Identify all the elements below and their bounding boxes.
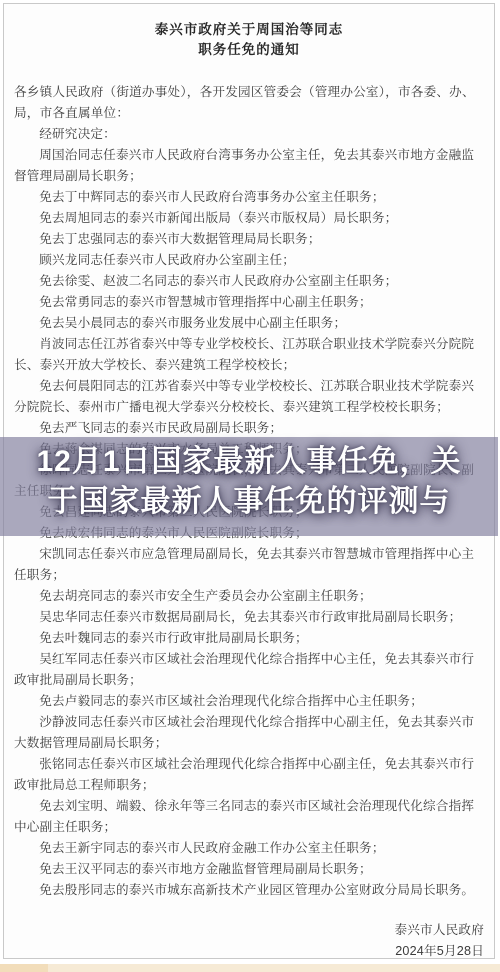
notice-line: 肖波同志任江苏省泰兴中等专业学校校长、江苏联合职业技术学院泰兴分院院长、泰兴开放… [14, 334, 484, 376]
notice-line: 免去丁中辉同志的泰兴市人民政府台湾事务办公室主任职务； [14, 187, 484, 208]
notice-lines-after-overlay: 宋凯同志任泰兴市应急管理局副局长，免去其泰兴市智慧城市管理指挥中心主任职务； 免… [14, 544, 484, 901]
bottom-bar [0, 964, 500, 972]
notice-line: 免去严飞同志的泰兴市民政局副局长职务； [14, 418, 484, 439]
overlay-title-line-2: 于国家最新人事任免的评测与 [48, 482, 451, 522]
notice-line: 免去常勇同志的泰兴市智慧城市管理指挥中心副主任职务； [14, 292, 484, 313]
notice-line: 免去叶魏同志的泰兴市行政审批局副局长职务； [14, 628, 484, 649]
notice-line: 免去卢毅同志的泰兴市区域社会治理现代化综合指挥中心主任职务； [14, 691, 484, 712]
notice-line: 宋凯同志任泰兴市应急管理局副局长，免去其泰兴市智慧城市管理指挥中心主任职务； [14, 544, 484, 586]
notice-line: 吴红军同志任泰兴市区域社会治理现代化综合指挥中心主任，免去其泰兴市行政审批局副局… [14, 649, 484, 691]
notice-title: 泰兴市政府关于周国治等同志 职务任免的通知 [14, 20, 484, 60]
signature-date: 2024年5月28日 [14, 941, 484, 962]
notice-line: 免去殷彤同志的泰兴市城东高新技术产业园区管理办公室财政分局局长职务。 [14, 880, 484, 901]
notice-lines-before-overlay: 周国治同志任泰兴市人民政府台湾事务办公室主任，免去其泰兴市地方金融监督管理局副局… [14, 145, 484, 439]
notice-line: 免去王新宇同志的泰兴市人民政府金融工作办公室主任职务； [14, 838, 484, 859]
notice-line: 免去何晨阳同志的江苏省泰兴中等专业学校校长、江苏联合职业技术学院泰兴分院院长、泰… [14, 376, 484, 418]
promo-overlay-banner[interactable]: 12月1日国家最新人事任免，关 于国家最新人事任免的评测与 [0, 437, 498, 536]
notice-line: 沙静波同志任泰兴市区域社会治理现代化综合指挥中心副主任，免去其泰兴市大数据管理局… [14, 712, 484, 754]
notice-overlay-group: 免去蒋余谋同志的泰兴市水务局总工程师职务； 徐晖同志任泰兴市第三人民医院院长，免… [14, 439, 484, 544]
notice-body: 各乡镇人民政府（街道办事处），各开发园区管委会（管理办公室），市各委、办、局，市… [14, 82, 484, 962]
notice-line: 免去胡亮同志的泰兴市安全生产委员会办公室副主任职务； [14, 586, 484, 607]
notice-line: 免去徐雯、赵波二名同志的泰兴市人民政府办公室副主任职务； [14, 271, 484, 292]
bottom-bar-accent [0, 964, 48, 972]
notice-line: 吴忠华同志任泰兴市数据局副局长，免去其泰兴市行政审批局副局长职务； [14, 607, 484, 628]
notice-line: 免去吴小晨同志的泰兴市服务业发展中心副主任职务； [14, 313, 484, 334]
notice-line: 周国治同志任泰兴市人民政府台湾事务办公室主任，免去其泰兴市地方金融监督管理局副局… [14, 145, 484, 187]
signature-block: 泰兴市人民政府 2024年5月28日 [14, 920, 484, 962]
notice-title-line-2: 职务任免的通知 [14, 40, 484, 60]
notice-decision-intro: 经研究决定： [14, 124, 484, 145]
signature-agency: 泰兴市人民政府 [14, 920, 484, 941]
notice-line: 免去刘宝明、端毅、徐永年等三名同志的泰兴市区域社会治理现代化综合指挥中心副主任职… [14, 796, 484, 838]
notice-line: 顾兴龙同志任泰兴市人民政府办公室副主任； [14, 250, 484, 271]
overlay-title-line-1: 12月1日国家最新人事任免，关 [36, 442, 461, 482]
notice-line: 张铭同志任泰兴市区域社会治理现代化综合指挥中心副主任，免去其泰兴市行政审批局总工… [14, 754, 484, 796]
notice-line: 免去丁忠强同志的泰兴市大数据管理局局长职务； [14, 229, 484, 250]
notice-line: 免去周旭同志的泰兴市新闻出版局（泰兴市版权局）局长职务； [14, 208, 484, 229]
notice-card: 泰兴市政府关于周国治等同志 职务任免的通知 各乡镇人民政府（街道办事处），各开发… [3, 3, 495, 959]
notice-line: 免去王汉平同志的泰兴市地方金融监督管理局副局长职务； [14, 859, 484, 880]
notice-title-line-1: 泰兴市政府关于周国治等同志 [14, 20, 484, 40]
notice-addressee: 各乡镇人民政府（街道办事处），各开发园区管委会（管理办公室），市各委、办、局，市… [14, 82, 484, 124]
page-background: 泰兴市政府关于周国治等同志 职务任免的通知 各乡镇人民政府（街道办事处），各开发… [0, 0, 500, 972]
